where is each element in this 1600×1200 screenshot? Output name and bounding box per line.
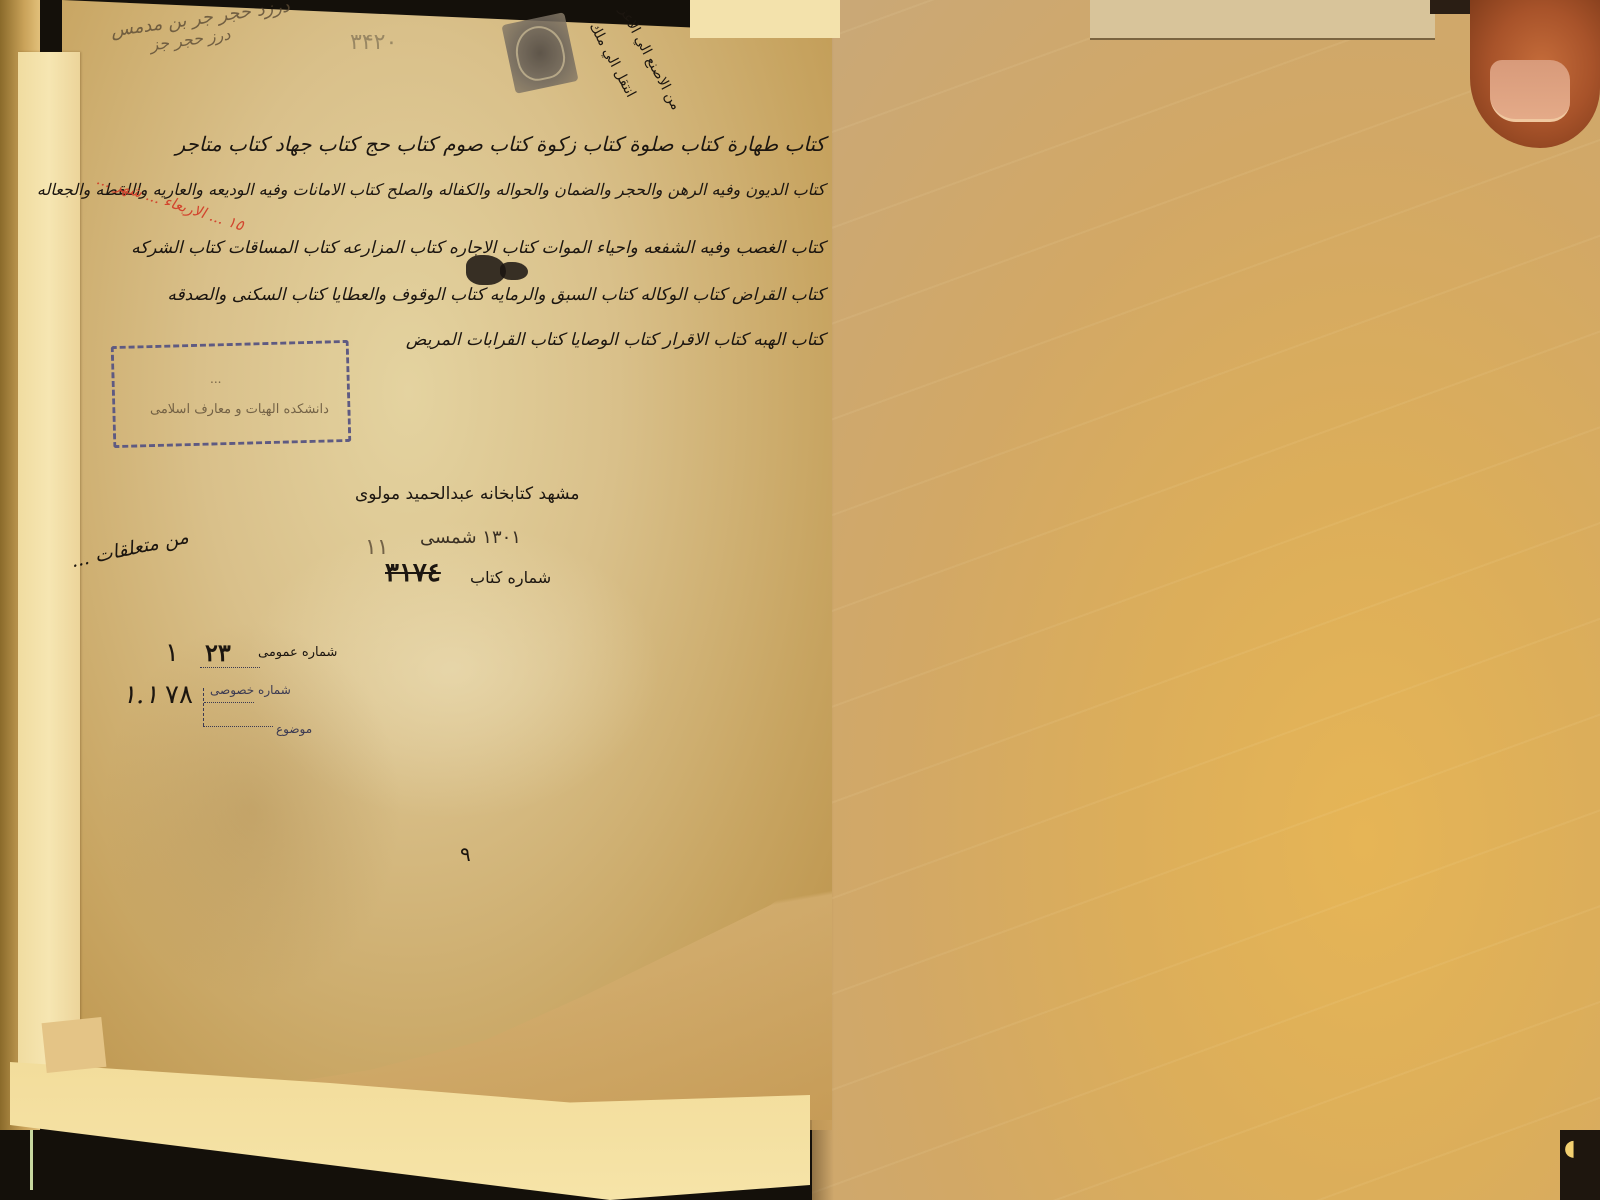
stamp-box-line-2: دانشكده الهيات و معارف اسلامى [150,402,329,417]
institution-stamp-box [111,340,352,448]
contents-line-1: كتاب طهارة كتاب صلوة كتاب زكوة كتاب صوم … [175,132,825,156]
catalog-general-number-suffix: ۱ [165,638,179,668]
thumbnail [1490,60,1570,122]
catalog-general-number-value: ۲۳ [205,638,231,667]
library-stamp-line-1: مشهد كتابخانه عبدالحميد مولوى [355,484,580,504]
general-number-dotline [200,667,260,668]
catalog-specific-number-value: ۷۸ [165,680,193,710]
library-stamp-book-number-label: شماره كتاب [470,568,551,587]
specific-number-dotline [204,702,254,703]
manuscript-photo: ◖ درزد حجر جر بن مدمس درز حجر جز ۳۴۲۰ ان… [0,0,1600,1200]
page-dark-patch [102,620,402,1000]
stamp-box-line-1: ... [210,372,221,386]
catalog-specific-number-suffix: ۱.۱ [122,680,158,710]
ink-blot-small [500,262,528,280]
corner-patch [42,1017,107,1073]
seal-glyph-icon [511,22,569,85]
corner-glyph: ◖ [1564,1136,1576,1161]
library-stamp-book-number: ۳۱۷٤ [385,558,441,588]
right-top-paper-strip [1090,0,1435,40]
pencil-shelf-number: ۳۴۲۰ [350,30,397,55]
right-page-flyleaf [812,0,1600,1200]
contents-line-4: كتاب القراض كتاب الوكاله كتاب السبق والر… [167,285,825,305]
folio-mark: ۹ [460,842,471,866]
catalog-subject-label: موضوع [276,722,312,736]
catalog-rule-vertical [203,688,204,726]
bottom-right-dark-corner: ◖ [1560,1130,1600,1200]
library-stamp-handwritten-mark: ۱۱ [365,535,389,560]
catalog-specific-number-label: شماره خصوصى [210,683,291,697]
contents-line-5: كتاب الهبه كتاب الاقرار كتاب الوصايا كتا… [406,330,825,350]
top-paper-strip [690,0,840,38]
subject-dotline [203,726,273,727]
left-guard-strip [18,52,80,1112]
catalog-general-number-label: شماره عمومى [258,645,337,660]
library-stamp-year: ۱۳۰۱ شمسی [420,527,521,548]
